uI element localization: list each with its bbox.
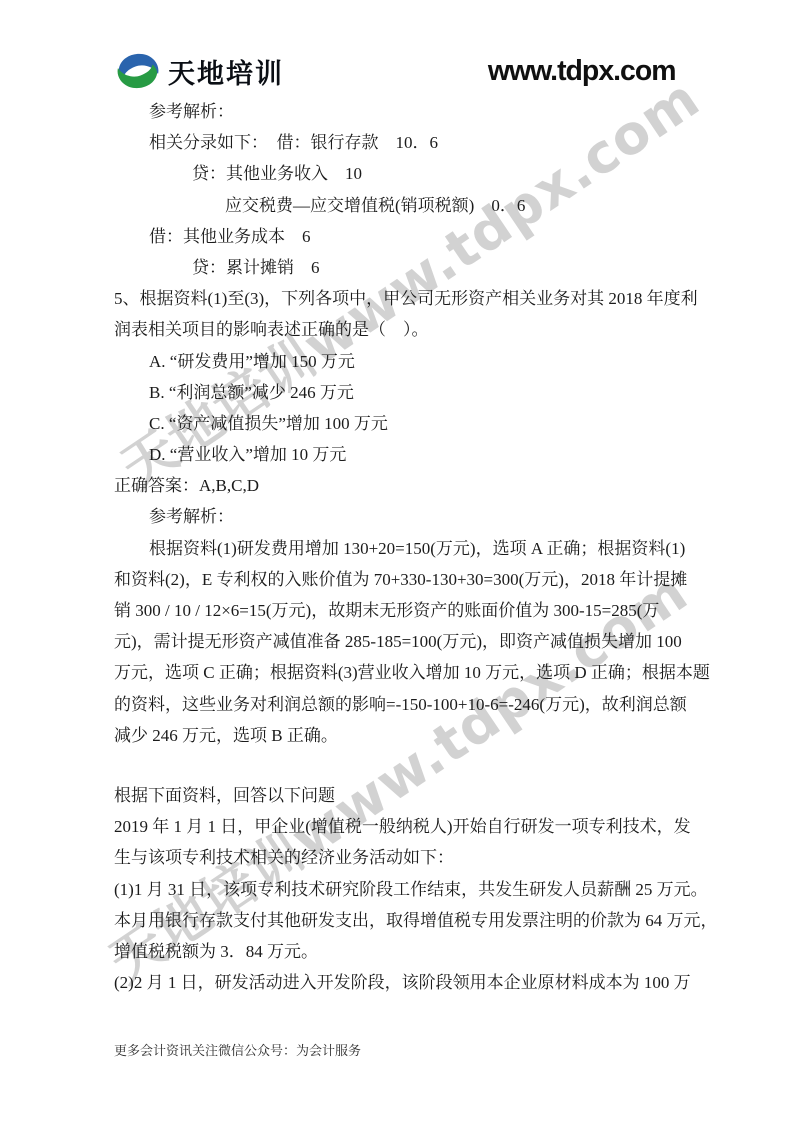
text-line: 减少 246 万元，选项 B 正确。 <box>114 720 686 751</box>
text-line: 应交税费—应交增值税(销项税额) 0．6 <box>114 190 686 221</box>
text-line: 销 300 / 10 / 12×6=15(万元)，故期末无形资产的账面价值为 3… <box>114 595 686 626</box>
brand-logo: 天地培训 <box>112 51 284 91</box>
text-line: 5、根据资料(1)至(3)，下列各项中，甲公司无形资产相关业务对其 2018 年… <box>114 283 686 314</box>
text-line: 生与该项专利技术相关的经济业务活动如下： <box>114 842 686 873</box>
text-line: 万元，选项 C 正确；根据资料(3)营业收入增加 10 万元，选项 D 正确；根… <box>114 657 686 688</box>
text-line: 元)，需计提无形资产减值准备 285-185=100(万元)，即资产减值损失增加… <box>114 626 686 657</box>
text-line: 借：其他业务成本 6 <box>114 221 686 252</box>
text-line: 和资料(2)，E 专利权的入账价值为 70+330-130+30=300(万元)… <box>114 564 686 595</box>
text-line: 的资料，这些业务对利润总额的影响=-150-100+10-6=-246(万元)，… <box>114 689 686 720</box>
site-url-text: www.tdpx.com <box>488 55 676 88</box>
text-line: 参考解析： <box>114 96 686 127</box>
brand-logo-label: 天地培训 <box>168 52 284 91</box>
document-body: 参考解析：相关分录如下： 借：银行存款 10．6贷：其他业务收入 10应交税费—… <box>114 96 686 998</box>
text-line: (2)2 月 1 日，研发活动进入开发阶段，该阶段领用本企业原材料成本为 100… <box>114 967 686 998</box>
text-line: (1)1 月 31 日，该项专利技术研究阶段工作结束，共发生研发人员薪酬 25 … <box>114 874 686 905</box>
text-line: 贷：累计摊销 6 <box>114 252 686 283</box>
page-header: 天地培训 www.tdpx.com <box>112 46 676 96</box>
text-line: 2019 年 1 月 1 日，甲企业(增值税一般纳税人)开始自行研发一项专利技术… <box>114 811 686 842</box>
answer-analysis-section: 参考解析：相关分录如下： 借：银行存款 10．6贷：其他业务收入 10应交税费—… <box>114 96 686 751</box>
text-line: 根据资料(1)研发费用增加 130+20=150(万元)，选项 A 正确；根据资… <box>114 533 686 564</box>
swirl-logo-icon <box>112 51 164 91</box>
text-line: A. “研发费用”增加 150 万元 <box>114 346 686 377</box>
text-line: 润表相关项目的影响表述正确的是（ ）。 <box>114 314 686 345</box>
text-line: 增值税税额为 3．84 万元。 <box>114 936 686 967</box>
text-line: 根据下面资料，回答以下问题 <box>114 780 686 811</box>
text-line: B. “利润总额”减少 246 万元 <box>114 377 686 408</box>
text-line: 相关分录如下： 借：银行存款 10．6 <box>114 127 686 158</box>
text-line: 参考解析： <box>114 501 686 532</box>
text-line: 正确答案：A,B,C,D <box>114 470 686 501</box>
text-line: 贷：其他业务收入 10 <box>114 158 686 189</box>
new-question-material-section: 根据下面资料，回答以下问题2019 年 1 月 1 日，甲企业(增值税一般纳税人… <box>114 780 686 998</box>
text-line: D. “营业收入”增加 10 万元 <box>114 439 686 470</box>
footer-note: 更多会计资讯关注微信公众号：为会计服务 <box>114 1040 361 1059</box>
text-line: C. “资产减值损失”增加 100 万元 <box>114 408 686 439</box>
text-line: 本月用银行存款支付其他研发支出，取得增值税专用发票注明的价款为 64 万元， <box>114 905 686 936</box>
